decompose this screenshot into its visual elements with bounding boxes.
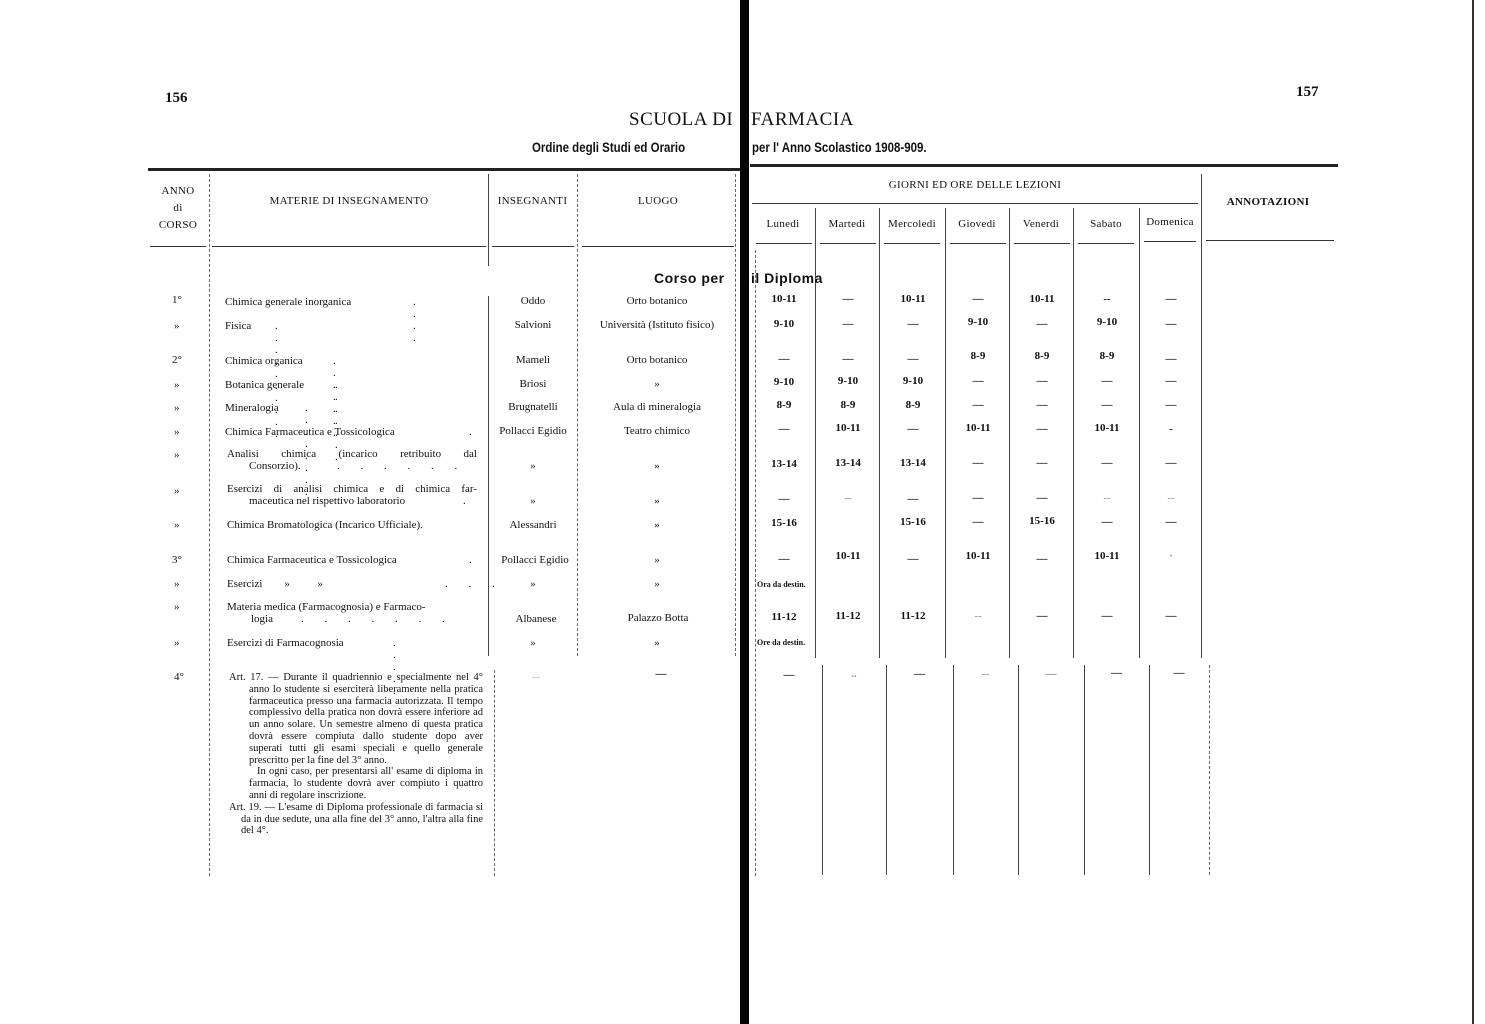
giovedi-cell: — [946,293,1010,305]
sabato-cell: — [1074,610,1140,622]
anno-cell: 4° [174,671,184,683]
venerdi-cell: 15-16 [1010,515,1074,527]
leader-dots: . . . . [413,296,425,344]
giovedi-cell: — [946,375,1010,387]
header-anno: ANNO di CORSO [150,183,206,234]
subtitle-left: Ordine degli Studi ed Orario [532,139,685,155]
giovedi-cell: -- [946,610,1010,622]
teacher-cell: Mameli [489,354,577,366]
teacher-cell: Pollacci Egidio [489,554,581,566]
header-anno-3: CORSO [150,217,206,234]
anno-cell: » [174,485,180,497]
subject-line2-wrap: Consorzio).. . . . . . [227,460,477,472]
mercoledi-cell: — [880,318,946,330]
rule-under-header [950,243,1006,244]
place-cell: » [578,554,736,566]
martedi-cell: 9-10 [816,375,880,387]
sabato-cell: — [1074,457,1140,469]
lunedi-cell: 13-14 [752,458,816,470]
teacher-cell: ... [494,669,578,681]
mercoledi-cell: — [880,353,946,365]
column-divider [1018,665,1019,875]
rule-under-header [1078,243,1134,244]
lunedi-cell: 10-11 [752,293,816,305]
subject-cell: Chimica generale inorganica. . . . [225,296,351,308]
mercoledi-cell: — [886,668,953,680]
venerdi-cell: 10-11 [1010,293,1074,305]
page-edge [1472,0,1474,1024]
note-art17-continued: In ogni caso, per presentarsi all' esame… [229,766,483,801]
sabato-cell: — [1084,667,1149,679]
venerdi-cell: — [1010,610,1074,622]
subject-cell: Chimica Farmaceutica e Tossicologica. [227,554,397,566]
header-day-mercoledi: Mercoledi [880,218,944,230]
page-number-right: 157 [1296,84,1319,101]
column-divider [494,670,495,876]
venerdi-cell: — [1010,423,1074,435]
place-cell: Università (Istituto fisico) [578,319,736,331]
giovedi-cell: — [946,516,1010,528]
subject-cell: Esercizi di Farmacognosia. . . . . [227,637,344,649]
subject-text: Esercizi di Farmacognosia [227,637,344,649]
teacher-cell: Albanese [489,613,583,625]
venerdi-cell: — [1010,457,1074,469]
subject-cell: Chimica organica. . . . . . . [225,355,303,367]
giovedi-cell: — [946,457,1010,469]
column-divider [488,296,489,656]
martedi-cell: -- [816,492,880,504]
subject-text-line1: Analisi chimica (incarico retribuito dal [227,448,477,460]
venerdi-cell: 8-9 [1010,350,1074,362]
anno-cell: » [174,449,180,461]
anno-cell: 3° [172,554,182,566]
place-cell: Teatro chimico [578,425,736,437]
rule-under-header [820,243,876,244]
note-art17: Art. 17. — Durante il quadriennio e spec… [229,672,483,766]
venerdi-cell: — [1010,375,1074,387]
martedi-cell: 10-11 [816,550,880,562]
subject-cell: Mineralogia. . . . . . . . [225,402,279,414]
header-day-sabato: Sabato [1074,218,1138,230]
column-divider [1209,665,1210,875]
column-divider [822,665,823,875]
sabato-cell: — [1074,399,1140,411]
lunedi-cell: — [756,669,822,681]
lunedi-cell: — [752,553,816,565]
subject-cell: Fisica. . . . . . . . . . [225,320,251,332]
teacher-cell: Pollacci Egidio [489,425,577,437]
place-cell: » [578,519,736,531]
place-cell: » [578,637,736,649]
header-day-martedi: Martedi [816,218,878,230]
teacher-cell: » [489,578,577,590]
rule-under-header [884,243,940,244]
teacher-cell: Alessandri [489,519,577,531]
rule-under-header [582,246,734,247]
regulation-notes: Art. 17. — Durante il quadriennio e spec… [229,672,483,837]
mercoledi-cell: 11-12 [880,610,946,622]
header-annotazioni: ANNOTAZIONI [1203,196,1333,208]
martedi-cell: — [816,293,880,305]
book-gutter [740,0,749,1024]
subject-text: Mineralogia [225,402,279,414]
giovedi-cell: 9-10 [946,316,1010,328]
column-divider [1201,174,1202,658]
subject-text-line2: logia [251,613,273,625]
sabato-cell: -- [1074,492,1140,504]
mercoledi-cell: 9-10 [880,375,946,387]
page-number-left: 156 [165,90,188,107]
place-cell: » [578,460,736,472]
subject-text: Chimica organica [225,355,303,367]
place-cell: » [578,578,736,590]
place-cell: » [578,378,736,390]
martedi-cell: — [816,353,880,365]
title-right: FARMACIA [751,109,854,131]
domenica-cell: — [1140,293,1202,305]
leader-dots: . [469,426,481,438]
domenica-cell: — [1140,353,1202,365]
sabato-cell: 8-9 [1074,350,1140,362]
sabato-cell: 10-11 [1074,422,1140,434]
domenica-cell: — [1140,457,1202,469]
place-cell: — [578,668,744,680]
header-anno-2: di [150,200,206,217]
top-rule-right [750,164,1338,167]
subject-text: Chimica Farmaceutica e Tossicologica [225,426,395,438]
mercoledi-cell: 15-16 [880,516,946,528]
top-rule-left [148,168,740,171]
subject-cell: Analisi chimica (incarico retribuito dal… [227,448,477,472]
giovedi-cell: — [946,399,1010,411]
column-divider [488,174,489,266]
giorni-rule [752,203,1198,204]
anno-cell: 1° [172,294,182,306]
anno-cell: » [174,379,180,391]
rule-under-header [1144,241,1196,242]
subject-text: Chimica generale inorganica [225,296,351,308]
column-divider [953,665,954,875]
anno-cell: » [174,519,180,531]
subject-cell: Esercizi » ». . . [227,578,323,590]
giovedi-cell: 10-11 [946,550,1010,562]
subject-text-line2: maceutica nel rispettivo laboratorio [249,495,405,507]
subject-text: Esercizi » » [227,578,323,590]
lunedi-cell: Ora da destin. [757,580,806,589]
place-cell: » [578,495,736,507]
domenica-cell: — [1140,375,1202,387]
subtitle-right: per l' Anno Scolastico 1908-909. [752,139,927,155]
venerdi-cell: — [1010,553,1074,565]
header-day-giovedi: Giovedi [946,218,1008,230]
header-materie: MATERIE DI INSEGNAMENTO [210,195,488,207]
lunedi-cell: 8-9 [752,399,816,411]
subject-cell: Chimica Farmaceutica e Tossicologica. [225,426,395,438]
mercoledi-cell: 10-11 [880,293,946,305]
sabato-cell: 9-10 [1074,316,1140,328]
rule-under-header [212,246,486,247]
lunedi-cell: 15-16 [752,517,816,529]
lunedi-cell: — [752,423,816,435]
martedi-cell: .. [822,668,886,680]
header-day-lunedi: Lunedi [752,218,814,230]
lunedi-cell: 9-10 [752,376,816,388]
note-art19: Art. 19. — L'esame di Diploma profession… [229,802,483,837]
giovedi-cell: — [946,492,1010,504]
subject-text-line1: Materia medica (Farmacognosia) e Farmaco… [227,601,477,613]
mercoledi-cell: 8-9 [880,399,946,411]
martedi-cell: 8-9 [816,399,880,411]
title-left: SCUOLA DI [629,109,733,131]
subject-line2-wrap: maceutica nel rispettivo laboratorio. [227,495,477,507]
rule-under-header [1206,240,1334,241]
sabato-cell: 10-11 [1074,550,1140,562]
header-anno-1: ANNO [150,183,206,200]
anno-cell: » [174,320,180,332]
place-cell: Palazzo Botta [578,612,738,624]
sabato-cell: — [1074,516,1140,528]
column-divider [1084,665,1085,875]
anno-cell: » [174,402,180,414]
sabato-cell: -- [1074,293,1140,305]
leader-dots: . [463,495,475,507]
subject-cell: Esercizi di analisi chimica e di chimica… [227,483,477,507]
sabato-cell: — [1074,375,1140,387]
lunedi-cell: 9-10 [752,318,816,330]
giovedi-cell: 8-9 [946,350,1010,362]
header-insegnanti: INSEGNANTI [489,195,576,207]
subject-text-line2: Consorzio). [249,460,301,472]
mercoledi-cell: 13-14 [880,457,946,469]
place-cell: Aula di mineralogia [578,401,736,413]
leader-dots: . . . . . . . [301,613,454,625]
header-giorni: GIORNI ED ORE DELLE LEZIONI [752,179,1198,191]
teacher-cell: Briosi [489,378,577,390]
martedi-cell: 10-11 [816,422,880,434]
rule-under-header [1014,243,1070,244]
domenica-cell: — [1140,516,1202,528]
subject-cell: Materia medica (Farmacognosia) e Farmaco… [227,601,477,625]
martedi-cell: — [816,318,880,330]
place-cell: Orto botanico [578,295,736,307]
lunedi-cell: Ore da destin. [757,638,805,647]
anno-cell: » [174,426,180,438]
rule-under-header [150,246,206,247]
leader-dots: . [469,554,481,566]
rule-under-header [756,243,812,244]
domenica-cell: — [1140,399,1202,411]
venerdi-cell: — [1010,492,1074,504]
subject-cell: Botanica generale. . . . . . . [225,379,304,391]
domenica-cell: · [1140,550,1202,562]
giovedi-cell: 10-11 [946,422,1010,434]
section-heading-left: Corso per [654,270,725,286]
subject-text-line1: Esercizi di analisi chimica e di chimica… [227,483,477,495]
lunedi-cell: — [752,353,816,365]
domenica-cell: — [1140,318,1202,330]
subject-cell: Chimica Bromatologica (Incarico Ufficial… [227,519,423,531]
lunedi-cell: — [752,493,816,505]
mercoledi-cell: — [880,423,946,435]
teacher-cell: Salvioni [489,319,577,331]
header-day-venerdi: Venerdi [1010,218,1072,230]
venerdi-cell: — [1010,399,1074,411]
rule-under-header [492,246,574,247]
domenica-cell: - [1140,423,1202,435]
subject-line2-wrap: logia. . . . . . . [227,613,477,625]
giovedi-cell: -- [953,668,1018,680]
anno-cell: » [174,637,180,649]
lunedi-cell: 11-12 [752,611,816,623]
header-luogo: LUOGO [578,195,738,207]
anno-cell: 2° [172,354,182,366]
teacher-cell: » [489,495,577,507]
anno-cell: » [174,578,180,590]
header-day-domenica: Domenica [1140,216,1200,228]
domenica-cell: — [1140,610,1202,622]
subject-text: Chimica Farmaceutica e Tossicologica [227,554,397,566]
venerdi-cell: — [1018,668,1084,680]
place-cell: Orto botanico [578,354,736,366]
column-divider [1149,665,1150,875]
leader-dots: . . . . . . [337,460,466,472]
section-heading-right: il Diploma [751,270,823,286]
martedi-cell: 11-12 [816,610,880,622]
domenica-cell: — [1149,667,1209,679]
subject-text: Fisica [225,320,251,332]
teacher-cell: » [489,637,577,649]
subject-text: Botanica generale [225,379,304,391]
teacher-cell: » [489,460,577,472]
anno-cell: » [174,601,180,613]
venerdi-cell: — [1010,318,1074,330]
column-divider [209,174,210,876]
column-divider [886,665,887,875]
mercoledi-cell: — [880,493,946,505]
teacher-cell: Oddo [489,295,577,307]
domenica-cell: -- [1140,492,1202,504]
mercoledi-cell: — [880,553,946,565]
teacher-cell: Brugnatelli [489,401,577,413]
martedi-cell: 13-14 [816,457,880,469]
